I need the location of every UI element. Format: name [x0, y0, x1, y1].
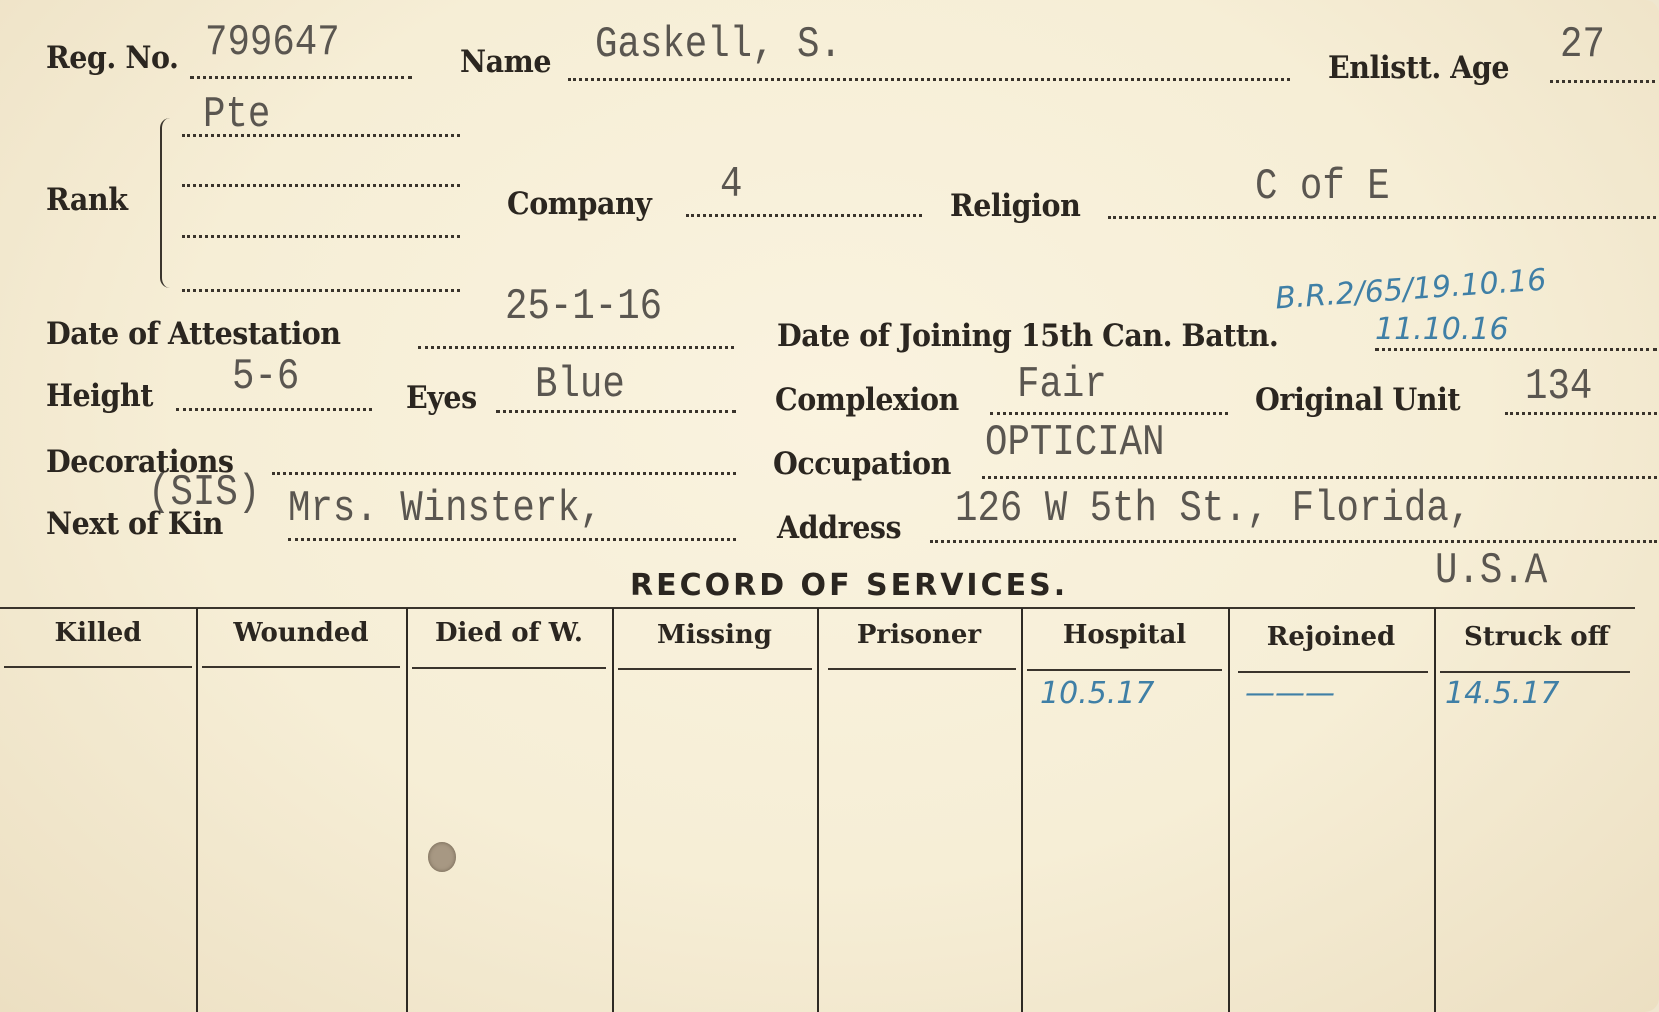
- col-divider-7: [1434, 608, 1436, 1012]
- occupation-value: OPTICIAN: [985, 418, 1165, 468]
- company-label: Company: [507, 186, 651, 222]
- religion-line: [1108, 216, 1656, 219]
- col-header-wounded: Wounded: [196, 618, 406, 648]
- address-value-line2: U.S.A: [1435, 546, 1547, 596]
- original-unit-value: 134: [1525, 362, 1592, 412]
- name-label: Name: [460, 44, 551, 80]
- header-rule-3: [412, 667, 606, 669]
- joining-value: 11.10.16: [1375, 312, 1509, 347]
- struck-off-entry: 14.5.17: [1445, 676, 1560, 711]
- col-header-struck-off: Struck off: [1434, 622, 1639, 652]
- attestation-label: Date of Attestation: [46, 316, 341, 352]
- rank-line-3: [182, 235, 460, 238]
- reg-no-value: 799647: [205, 18, 340, 68]
- punch-hole: [428, 842, 456, 872]
- occupation-label: Occupation: [773, 446, 951, 482]
- col-header-missing: Missing: [612, 620, 817, 650]
- complexion-label: Complexion: [775, 382, 959, 418]
- joining-line: [1375, 348, 1657, 351]
- rank-value: Pte: [203, 90, 270, 140]
- rank-label: Rank: [46, 182, 127, 218]
- rank-line-2: [182, 184, 460, 187]
- col-header-prisoner: Prisoner: [817, 620, 1021, 650]
- col-header-rejoined: Rejoined: [1228, 622, 1434, 652]
- decorations-line: [272, 472, 736, 475]
- rank-brace: [160, 118, 176, 288]
- attestation-line: [418, 346, 734, 349]
- height-line: [176, 408, 372, 411]
- header-rule-2: [202, 666, 400, 668]
- enlist-age-label: Enlistt. Age: [1328, 50, 1509, 86]
- next-of-kin-value: Mrs. Winsterk,: [288, 484, 602, 534]
- col-divider-4: [817, 608, 819, 1012]
- record-title: RECORD OF SERVICES.: [630, 568, 1068, 603]
- header-rule-8: [1440, 671, 1630, 673]
- hospital-entry: 10.5.17: [1040, 676, 1155, 711]
- eyes-value: Blue: [535, 360, 625, 410]
- joining-annotation: B.R.2/65/19.10.16: [1274, 263, 1547, 317]
- enlist-age-value: 27: [1560, 20, 1605, 70]
- eyes-label: Eyes: [406, 380, 477, 416]
- rank-line-4: [182, 289, 460, 292]
- company-value: 4: [720, 160, 742, 210]
- header-rule-7: [1238, 671, 1428, 673]
- header-rule-1: [4, 666, 192, 668]
- col-header-killed: Killed: [0, 618, 196, 648]
- service-record-card: Reg. No. 799647 Name Gaskell, S. Enlistt…: [0, 0, 1659, 1012]
- reg-no-line: [190, 76, 412, 79]
- complexion-value: Fair: [1017, 360, 1107, 410]
- address-label: Address: [777, 510, 901, 546]
- rejoined-entry: ———: [1245, 676, 1335, 711]
- address-value: 126 W 5th St., Florida,: [955, 484, 1471, 534]
- header-rule-5: [828, 668, 1016, 670]
- name-value: Gaskell, S.: [595, 20, 842, 70]
- name-line: [568, 78, 1290, 81]
- next-of-kin-line: [288, 538, 736, 541]
- col-divider-5: [1021, 608, 1023, 1012]
- header-rule-6: [1027, 669, 1222, 671]
- occupation-line: [982, 476, 1657, 479]
- header-rule-4: [618, 668, 812, 670]
- col-divider-2: [406, 608, 408, 1012]
- reg-no-label: Reg. No.: [46, 40, 178, 76]
- next-of-kin-relation: (SIS): [148, 468, 260, 518]
- col-divider-3: [612, 608, 614, 1012]
- col-divider-1: [196, 608, 198, 1012]
- original-unit-line: [1505, 412, 1657, 415]
- complexion-line: [990, 412, 1228, 415]
- religion-label: Religion: [950, 188, 1080, 224]
- address-line: [930, 540, 1657, 543]
- joining-label: Date of Joining 15th Can. Battn.: [777, 318, 1278, 354]
- height-label: Height: [46, 378, 153, 414]
- height-value: 5-6: [232, 352, 299, 402]
- company-line: [686, 214, 922, 217]
- col-divider-6: [1228, 608, 1230, 1012]
- religion-value: C of E: [1255, 162, 1390, 212]
- col-header-hospital: Hospital: [1021, 620, 1228, 650]
- eyes-line: [496, 410, 736, 413]
- attestation-value: 25-1-16: [505, 282, 662, 332]
- rank-line-1: [182, 134, 460, 137]
- col-header-died-of-wounds: Died of W.: [406, 618, 612, 648]
- original-unit-label: Original Unit: [1255, 382, 1460, 418]
- enlist-age-line: [1550, 80, 1655, 83]
